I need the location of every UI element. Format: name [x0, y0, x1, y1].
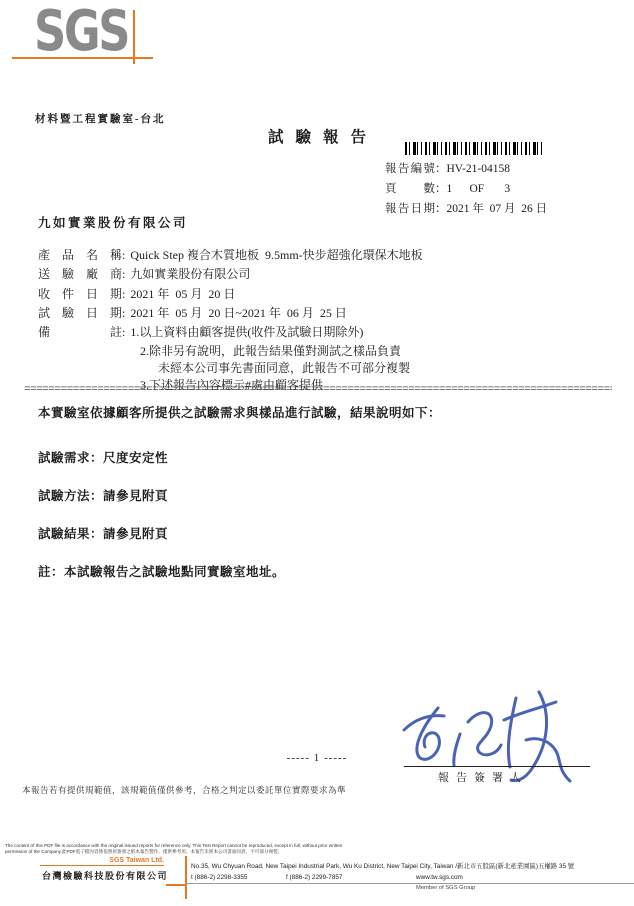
- receive-date-value: 2021 年 05 月 20 日: [130, 287, 235, 301]
- client-company-name: 九如實業股份有限公司: [38, 213, 188, 231]
- remark-line-3: 未經本公司事先書面同意，此報告不可部分複製: [158, 359, 410, 376]
- report-date-row: 報告日期：2021 年 07 月 26 日: [385, 199, 547, 219]
- footer-member-text: Member of SGS Group: [416, 885, 475, 891]
- sgs-logo: SGS: [34, 4, 128, 60]
- footer-horizontal-rule: [185, 883, 634, 884]
- report-number-value: HV-21-04158: [447, 163, 510, 175]
- test-date-label: 試驗日期: [38, 304, 122, 323]
- page-count-label: 頁數: [385, 179, 435, 199]
- footer-company-en: SGS Taiwan Ltd.: [40, 857, 164, 866]
- footer-vertical-rule: [185, 856, 187, 899]
- report-date-value: 2021 年 07 月 26 日: [447, 203, 548, 215]
- report-number-label: 報告編號: [385, 159, 435, 179]
- remarks-row: 備註:1.以上資料由顧客提供(收件及試驗日期除外): [38, 323, 423, 342]
- logo-horizontal-rule: [12, 57, 153, 59]
- footer-company-zh: 台灣檢驗科技股份有限公司: [42, 869, 168, 882]
- footer-tick-rule: [166, 884, 185, 886]
- disclaimer-fine-print: The content of this PDF file is accordan…: [5, 843, 477, 854]
- applicant-value: 九如實業股份有限公司: [130, 267, 250, 281]
- test-date-value: 2021 年 05 月 20 日~2021 年 06 月 25 日: [130, 306, 347, 320]
- location-note-line: 註：本試驗報告之試驗地點同實驗室地址。: [38, 562, 285, 580]
- product-name-row: 產品名稱:Quick Step 複合木質地板 9.5mm-快步超強化環保木地板: [38, 246, 423, 265]
- report-info-block: 報告編號：HV-21-04158 頁數：1 OF 3 報告日期：2021 年 0…: [385, 159, 547, 219]
- applicant-row: 送驗廠商:九如實業股份有限公司: [38, 265, 423, 284]
- footer-fax: f (886-2) 2299-7857: [286, 874, 343, 881]
- colon: ：: [435, 163, 447, 175]
- applicant-label: 送驗廠商: [38, 265, 122, 284]
- receive-date-row: 收件日期:2021 年 05 月 20 日: [38, 285, 423, 304]
- test-requirement-line: 試驗需求：尺度安定性: [38, 448, 168, 466]
- product-name-label: 產品名稱: [38, 246, 122, 265]
- result-statement: 本實驗室依據顧客所提供之試驗需求與樣品進行試驗，結果說明如下：: [38, 403, 441, 421]
- lab-name: 材料暨工程實驗室-台北: [35, 111, 166, 126]
- report-date-label: 報告日期: [385, 199, 435, 219]
- colon: ：: [435, 203, 447, 215]
- product-name-value: Quick Step 複合木質地板 9.5mm-快步超強化環保木地板: [130, 248, 422, 262]
- page-count-value: 1 OF 3: [447, 183, 511, 195]
- report-number-row: 報告編號：HV-21-04158: [385, 159, 547, 179]
- page-count-row: 頁數：1 OF 3: [385, 179, 547, 199]
- test-method-line: 試驗方法：請參見附頁: [38, 486, 168, 504]
- footer-website-link[interactable]: www.tw.sgs.com: [416, 874, 463, 881]
- page-number-marker: ----- 1 -----: [0, 752, 634, 764]
- report-barcode: [405, 142, 545, 155]
- signature-rule: [404, 766, 590, 767]
- remark-line-2: 2.除非另有說明，此報告結果僅對測試之樣品負責: [140, 342, 401, 359]
- remarks-label: 備註: [38, 323, 122, 342]
- signatory-label: 報告簽署人: [438, 769, 528, 785]
- footer-telephone: t (886-2) 2298-3355: [191, 874, 248, 881]
- colon: ：: [435, 183, 447, 195]
- receive-date-label: 收件日期: [38, 285, 122, 304]
- test-result-line: 試驗結果：請參見附頁: [38, 524, 168, 542]
- disclaimer-line-2: permission of the Company.此PDF電子檔內容係依照原簽…: [5, 849, 477, 855]
- test-report-page: SGS 材料暨工程實驗室-台北 試驗報告 報告編號：HV-21-04158 頁數…: [0, 0, 634, 906]
- sample-info-block: 產品名稱:Quick Step 複合木質地板 9.5mm-快步超強化環保木地板 …: [38, 246, 423, 342]
- section-divider: ========================================…: [24, 384, 612, 397]
- specification-footnote: 本報告若有提供規範值，該規範值僅供參考，合格之判定以委託單位實際要求為準: [22, 784, 346, 796]
- test-date-row: 試驗日期:2021 年 05 月 20 日~2021 年 06 月 25 日: [38, 304, 423, 323]
- footer-address: No.35, Wu Chyuan Road, New Taipei Indust…: [191, 861, 574, 870]
- logo-vertical-rule: [133, 10, 135, 64]
- remark-line-1: 1.以上資料由顧客提供(收件及試驗日期除外): [130, 325, 363, 339]
